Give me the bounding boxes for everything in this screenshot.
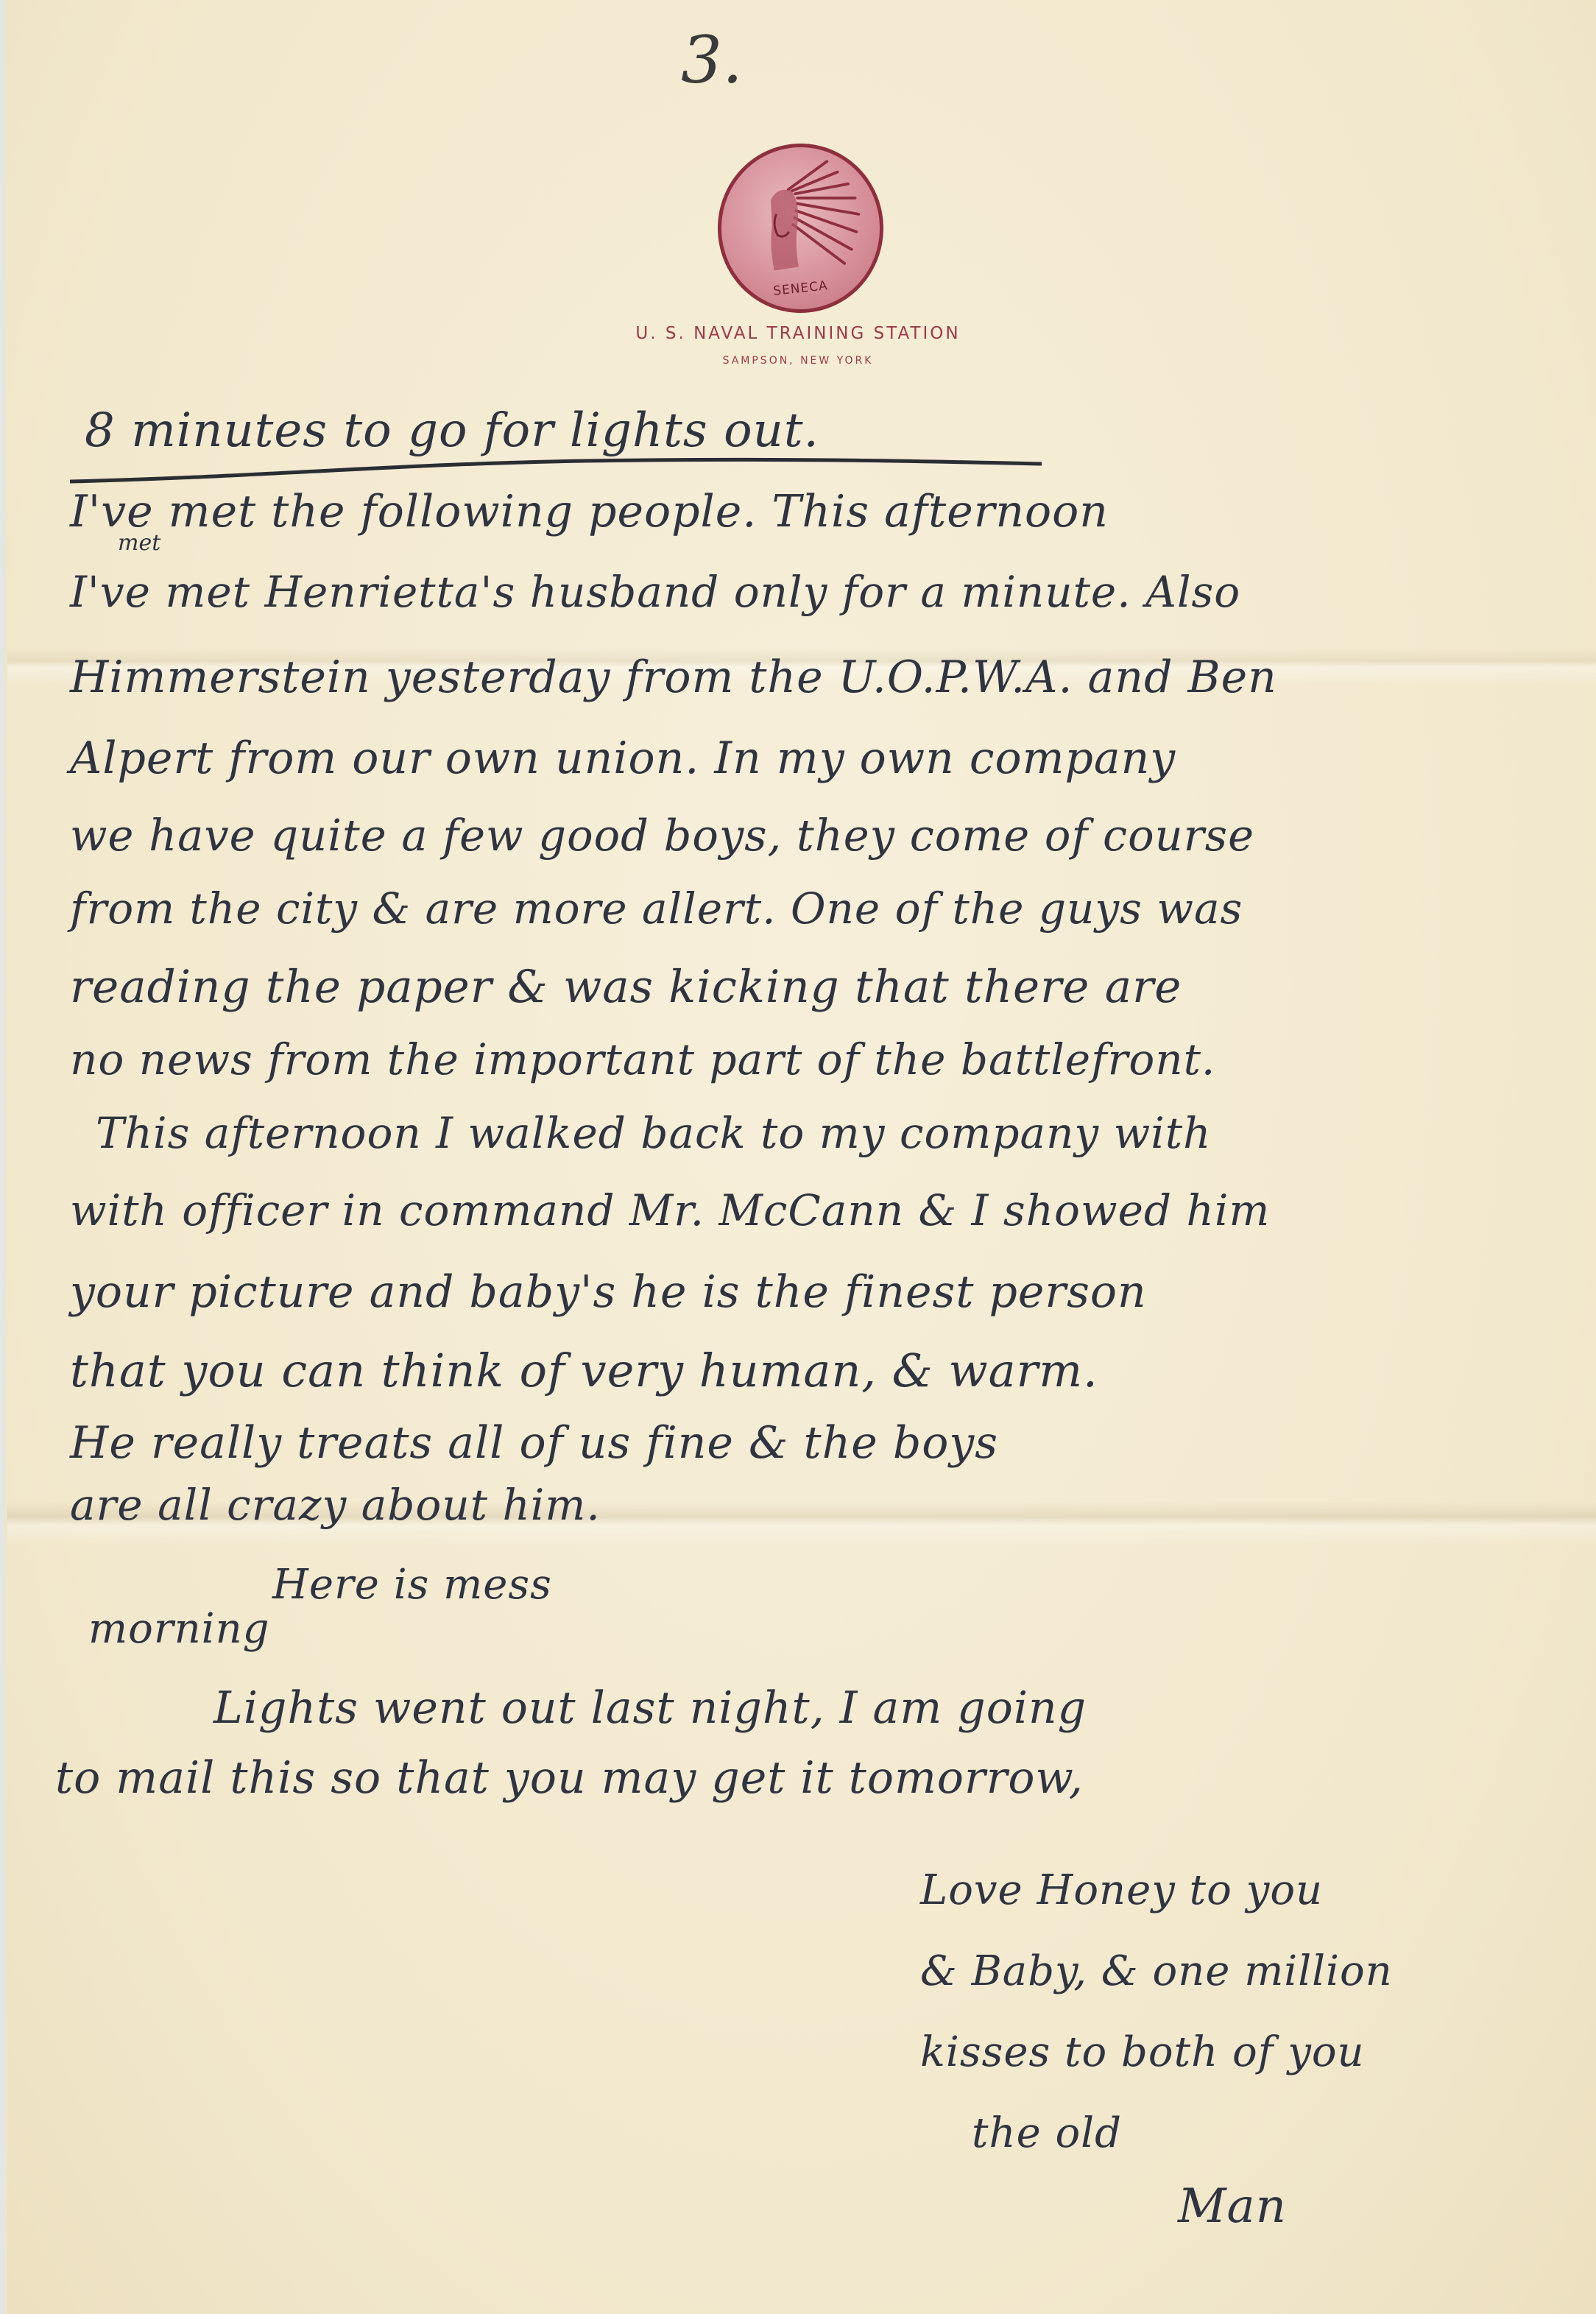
body-line: This afternoon I walked back to my compa…: [96, 1108, 1212, 1158]
body-line: no news from the important part of the b…: [70, 1034, 1215, 1084]
closing-line: & Baby, & one million: [920, 1947, 1393, 1995]
body-line: your picture and baby's he is the finest…: [70, 1266, 1147, 1318]
body-line: I've met the following people. This afte…: [70, 486, 1109, 537]
closing-line: the old: [972, 2109, 1122, 2157]
body-line: reading the paper & was kicking that the…: [70, 961, 1182, 1013]
paper-edge: [0, 0, 7, 2314]
body-line: that you can think of very human, & warm…: [70, 1344, 1098, 1397]
postscript-line: Here is mess: [272, 1561, 552, 1609]
postscript-line: Lights went out last night, I am going: [213, 1682, 1087, 1734]
body-line: we have quite a few good boys, they come…: [70, 810, 1254, 861]
letter-heading: 8 minutes to go for lights out.: [85, 403, 819, 458]
seneca-seal-icon: SENECA: [718, 144, 883, 313]
letterhead-title: U. S. NAVAL TRAINING STATION: [0, 324, 1596, 343]
closing-line: kisses to both of you: [920, 2028, 1365, 2076]
interlinear-insert: met: [118, 530, 160, 556]
letterhead-subtitle: SAMPSON, NEW YORK: [0, 355, 1596, 367]
closing-line: Love Honey to you: [920, 1866, 1323, 1914]
body-line: with officer in command Mr. McCann & I s…: [70, 1185, 1270, 1235]
postscript-line: to mail this so that you may get it tomo…: [55, 1752, 1084, 1804]
body-line: He really treats all of us fine & the bo…: [70, 1417, 998, 1469]
body-line: from the city & are more allert. One of …: [70, 883, 1243, 934]
signature: Man: [1178, 2179, 1287, 2234]
page-number: 3.: [681, 22, 743, 98]
body-line: are all crazy about him.: [70, 1480, 601, 1530]
heading-underline: [70, 456, 1042, 486]
body-line: Alpert from our own union. In my own com…: [70, 733, 1176, 784]
body-line: I've met Henrietta's husband only for a …: [70, 567, 1240, 617]
postscript-line: morning: [88, 1605, 269, 1653]
body-line: Himmerstein yesterday from the U.O.P.W.A…: [70, 652, 1277, 703]
